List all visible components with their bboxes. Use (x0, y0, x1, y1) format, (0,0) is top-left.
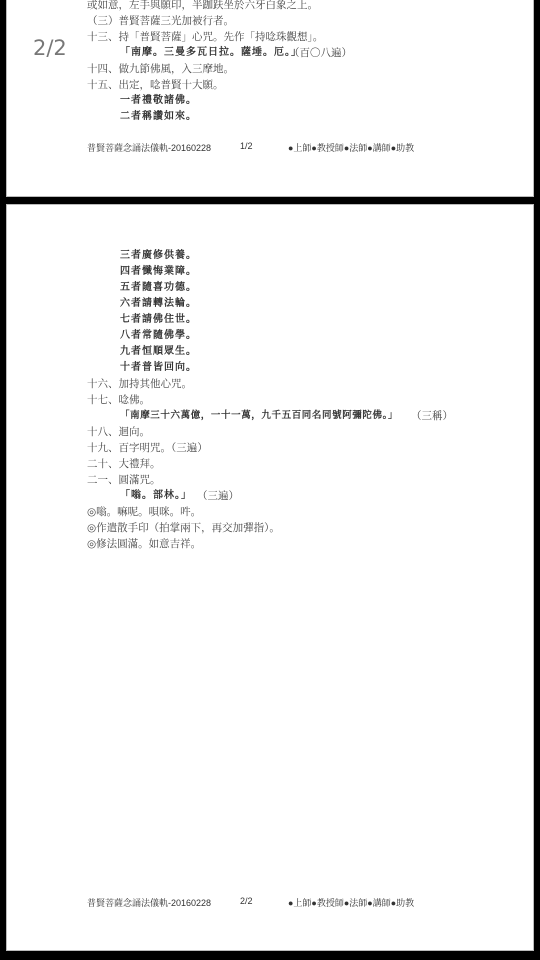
text-line: ◎嗡。嘛呢。唄咪。吽。 (87, 505, 201, 519)
text-line: （三遍） (197, 489, 239, 503)
vow-line: 七者請佛住世。 (120, 313, 197, 327)
text-line: （百〇八遍） (289, 46, 352, 60)
vow-line: 五者隨喜功德。 (120, 281, 197, 295)
vow-line: 九者恒順眾生。 (120, 345, 197, 359)
text-line: ◎修法圓滿。如意吉祥。 (87, 537, 201, 551)
text-line: （三）普賢菩薩三光加被行者。 (87, 14, 234, 28)
text-line: ◎作遣散手印（拍掌兩下，再交加彈指）。 (87, 521, 280, 535)
vow-line: 六者請轉法輪。 (120, 297, 197, 311)
text-line: 十七、唸佛。 (87, 393, 150, 407)
text-line: 十四、做九節佛風，入三摩地。 (87, 62, 234, 76)
mantra-line: 「嗡。部林。」 (120, 489, 192, 503)
footer-departments: ●上師●教授師●法師●講師●助教 (288, 141, 414, 154)
text-line: 二一、圓滿咒。 (87, 473, 161, 487)
vow-line: 八者常隨佛學。 (120, 329, 197, 343)
text-line: 十五、出定，唸普賢十大願。 (87, 78, 224, 92)
page-indicator: 2/2 (33, 36, 67, 60)
footer-title: 普賢菩薩念誦法儀軌-20160228 (87, 896, 211, 909)
text-line: 十三、持「普賢菩薩」心咒。先作「持唸珠觀想」。 (87, 30, 323, 44)
vow-line: 三者廣修供養。 (120, 249, 197, 263)
text-line: 十八、迴向。 (87, 425, 150, 439)
text-line: 十九、百字明咒。（三遍） (87, 441, 208, 455)
vow-line: 十者普皆回向。 (120, 361, 197, 375)
footer-page-number: 1/2 (240, 141, 253, 151)
text-line: 十六、加持其他心咒。 (87, 377, 192, 391)
document-page-1: 或如意，左手與願印，半跏趺坐於六牙白象之上。 （三）普賢菩薩三光加被行者。 十三… (7, 0, 533, 196)
text-line: 二十、大禮拜。 (87, 457, 161, 471)
mantra-line: 「南摩三十六萬億，一十一萬，九千五百同名同號阿彌陀佛。」 (120, 409, 398, 423)
footer-title: 普賢菩薩念誦法儀軌-20160228 (87, 141, 211, 154)
text-line: （三稱） (411, 409, 453, 423)
text-line: 或如意，左手與願印，半跏趺坐於六牙白象之上。 (87, 0, 318, 12)
vow-line: 二者稱讚如來。 (120, 110, 197, 124)
footer-page-number: 2/2 (240, 896, 253, 906)
vow-line: 四者懺悔業障。 (120, 265, 197, 279)
footer-departments: ●上師●教授師●法師●講師●助教 (288, 896, 414, 909)
mantra-line: 「南摩。三曼多瓦日拉。薩埵。厄。」 (120, 46, 302, 60)
document-page-2: 三者廣修供養。 四者懺悔業障。 五者隨喜功德。 六者請轉法輪。 七者請佛住世。 … (7, 205, 533, 950)
vow-line: 一者禮敬諸佛。 (120, 94, 197, 108)
